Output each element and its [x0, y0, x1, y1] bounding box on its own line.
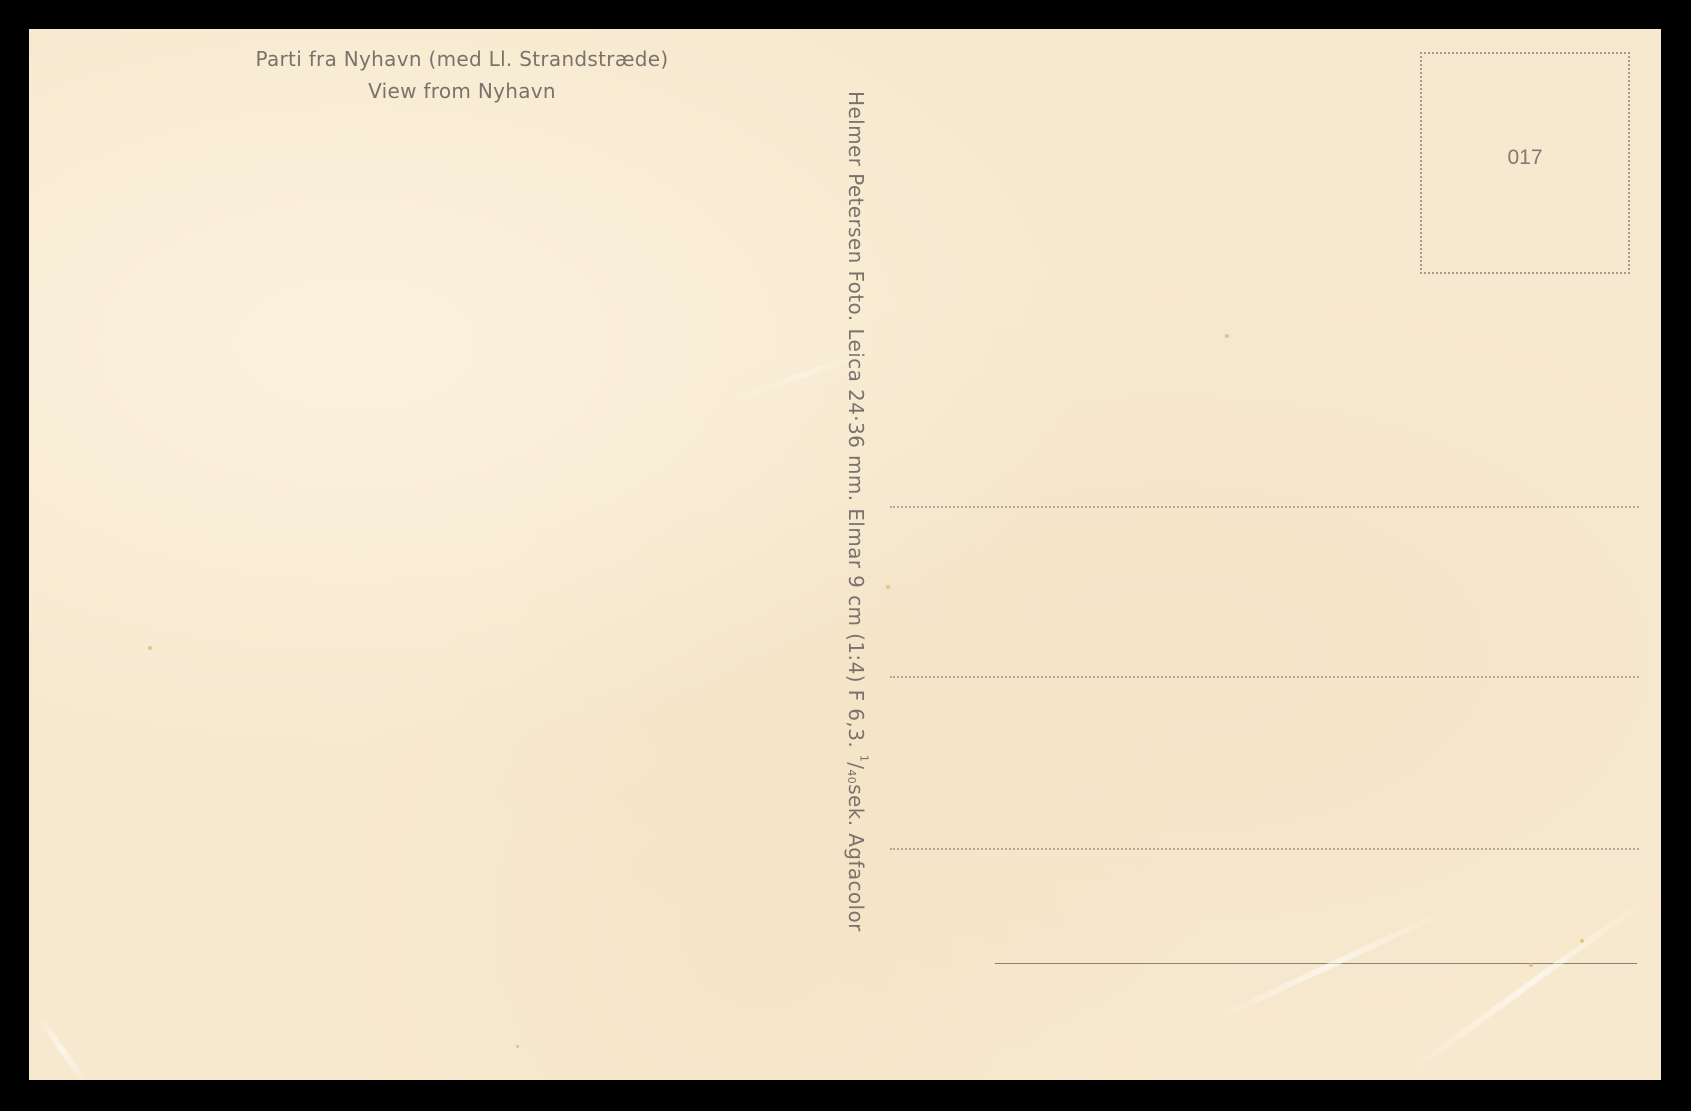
paper-speck	[886, 585, 890, 589]
fraction-denominator: 40	[845, 769, 858, 784]
paper-speck	[1580, 939, 1584, 943]
address-line-solid	[995, 963, 1637, 964]
paper-crease	[1208, 909, 1446, 1024]
credit-text: Helmer Petersen Foto. Leica 24·36 mm. El…	[844, 91, 868, 755]
address-line-dotted	[890, 676, 1639, 678]
postcard-back: Parti fra Nyhavn (med Ll. Strandstræde) …	[29, 29, 1661, 1080]
credit-text-end: sek. Agfacolor	[844, 784, 868, 932]
stamp-box: 017	[1420, 52, 1630, 274]
address-line-dotted	[890, 506, 1639, 508]
paper-speck	[516, 1045, 519, 1048]
caption-danish: Parti fra Nyhavn (med Ll. Strandstræde)	[29, 47, 895, 71]
paper-speck	[1225, 334, 1229, 338]
photo-credit-vertical: Helmer Petersen Foto. Leica 24·36 mm. El…	[837, 91, 878, 932]
caption-english: View from Nyhavn	[29, 79, 895, 103]
paper-crease	[37, 1015, 88, 1080]
address-line-dotted	[890, 848, 1639, 850]
paper-speck	[148, 646, 152, 650]
stamp-box-number: 017	[1422, 146, 1628, 170]
paper-crease	[1407, 893, 1653, 1074]
paper-speck	[1529, 963, 1533, 967]
